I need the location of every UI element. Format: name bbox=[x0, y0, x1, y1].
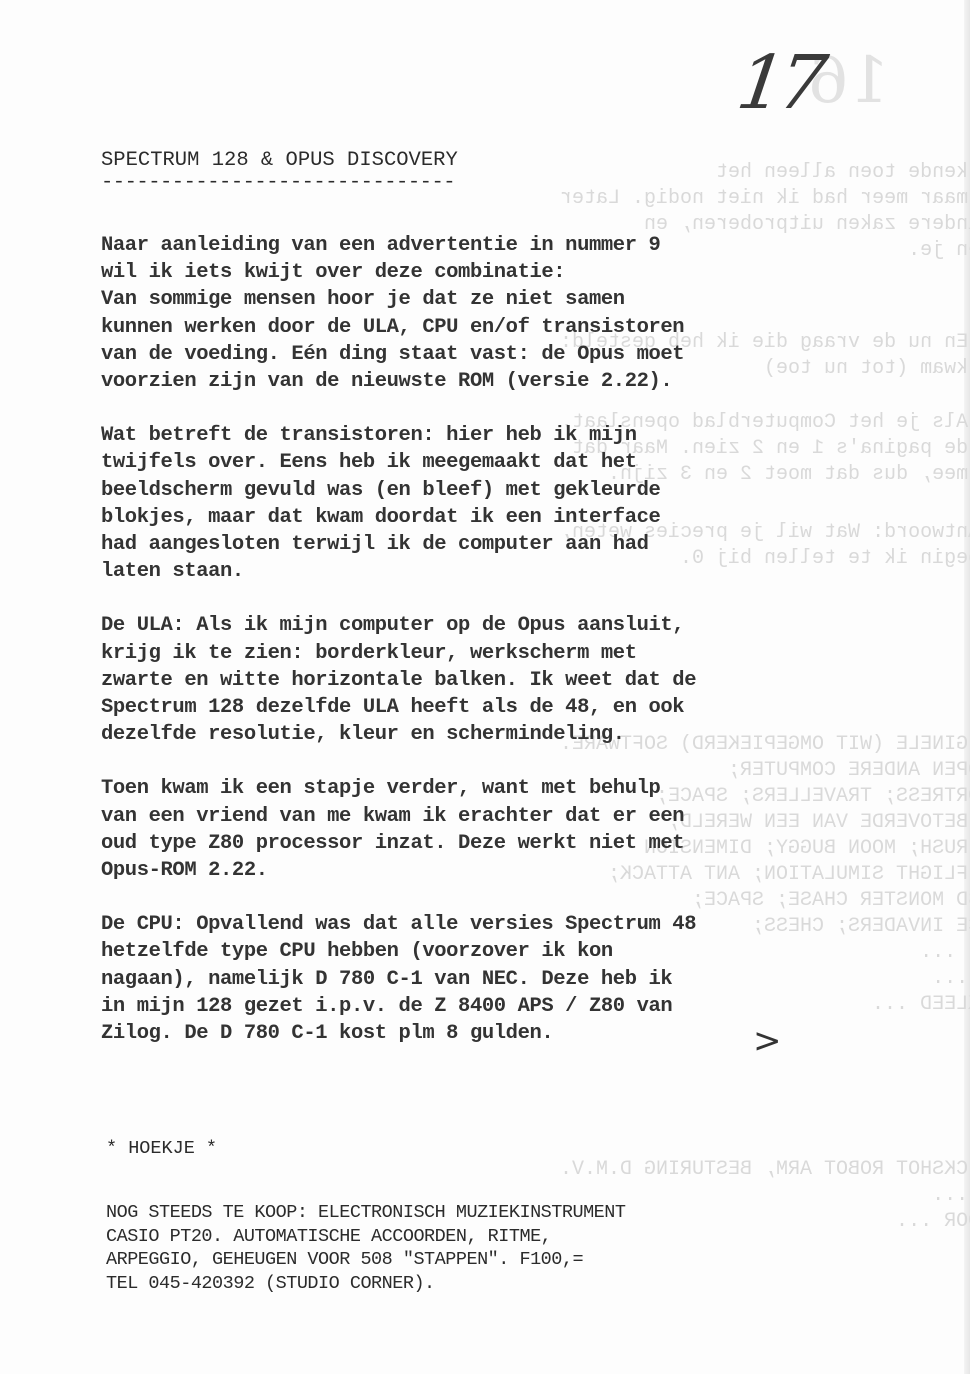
scanned-page: kwijtraakte. Ik kende toen alleen het PR… bbox=[0, 0, 970, 1374]
classified-heading: * HOEKJE * bbox=[106, 1137, 826, 1161]
continue-arrow-icon: > bbox=[753, 1021, 782, 1061]
classified-body: NOG STEEDS TE KOOP: ELECTRONISCH MUZIEKI… bbox=[106, 1201, 826, 1295]
article: SPECTRUM 128 & OPUS DISCOVERY ----------… bbox=[101, 148, 821, 1074]
article-paragraph: De ULA: Als ik mijn computer op de Opus … bbox=[101, 612, 821, 748]
title-underline: ------------------------------ bbox=[101, 174, 821, 192]
page-edge-shadow bbox=[964, 0, 970, 1374]
article-paragraph: Naar aanleiding van een advertentie in n… bbox=[101, 232, 821, 395]
article-paragraph: Toen kwam ik een stapje verder, want met… bbox=[101, 775, 821, 884]
article-paragraph: Wat betreft de transistoren: hier heb ik… bbox=[101, 422, 821, 585]
article-paragraph: De CPU: Opvallend was dat alle versies S… bbox=[101, 911, 821, 1047]
handwritten-page-number: 17 bbox=[732, 40, 826, 126]
classified-ad: * HOEKJE * NOG STEEDS TE KOOP: ELECTRONI… bbox=[106, 1137, 826, 1295]
article-body: Naar aanleiding van een advertentie in n… bbox=[101, 232, 821, 1047]
